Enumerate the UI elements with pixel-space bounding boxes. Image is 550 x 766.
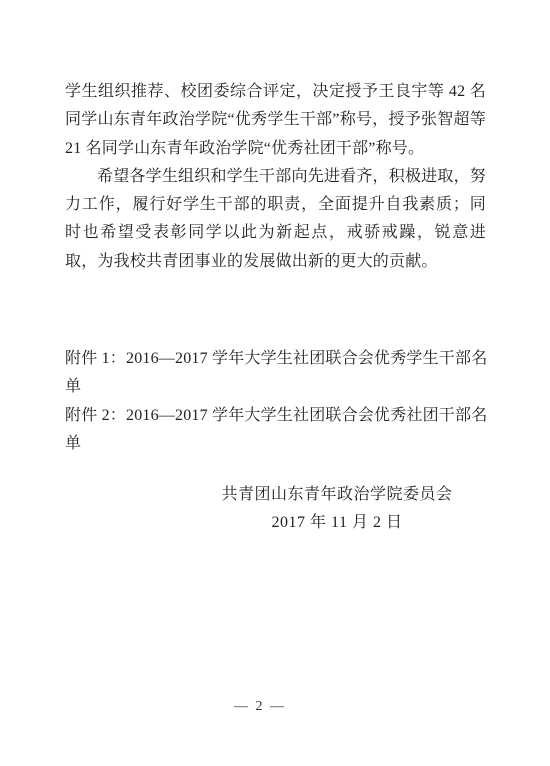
document-page: 学生组织推荐、校团委综合评定，决定授予王良宇等 42 名同学山东青年政治学院“优… bbox=[0, 0, 550, 766]
signature-org: 共青团山东青年政治学院委员会 bbox=[137, 481, 537, 509]
attachment-list: 附件 1：2016—2017 学年大学生社团联合会优秀学生干部名单 附件 2：2… bbox=[65, 345, 495, 458]
attachment-line: 附件 1：2016—2017 学年大学生社团联合会优秀学生干部名单 bbox=[65, 345, 495, 402]
body-text: 学生组织推荐、校团委综合评定，决定授予王良宇等 42 名同学山东青年政治学院“优… bbox=[65, 78, 486, 276]
signature-date: 2017 年 11 月 2 日 bbox=[137, 509, 537, 537]
body-paragraph: 希望各学生组织和学生干部向先进看齐，积极进取，努力工作，履行好学生干部的职责，全… bbox=[65, 163, 486, 276]
page-footer: — 2 — bbox=[0, 698, 520, 716]
signature-block: 共青团山东青年政治学院委员会 2017 年 11 月 2 日 bbox=[137, 481, 537, 538]
attachment-line: 附件 2：2016—2017 学年大学生社团联合会优秀社团干部名单 bbox=[65, 402, 495, 459]
page-number: — 2 — bbox=[234, 699, 286, 714]
body-paragraph: 学生组织推荐、校团委综合评定，决定授予王良宇等 42 名同学山东青年政治学院“优… bbox=[65, 78, 486, 163]
